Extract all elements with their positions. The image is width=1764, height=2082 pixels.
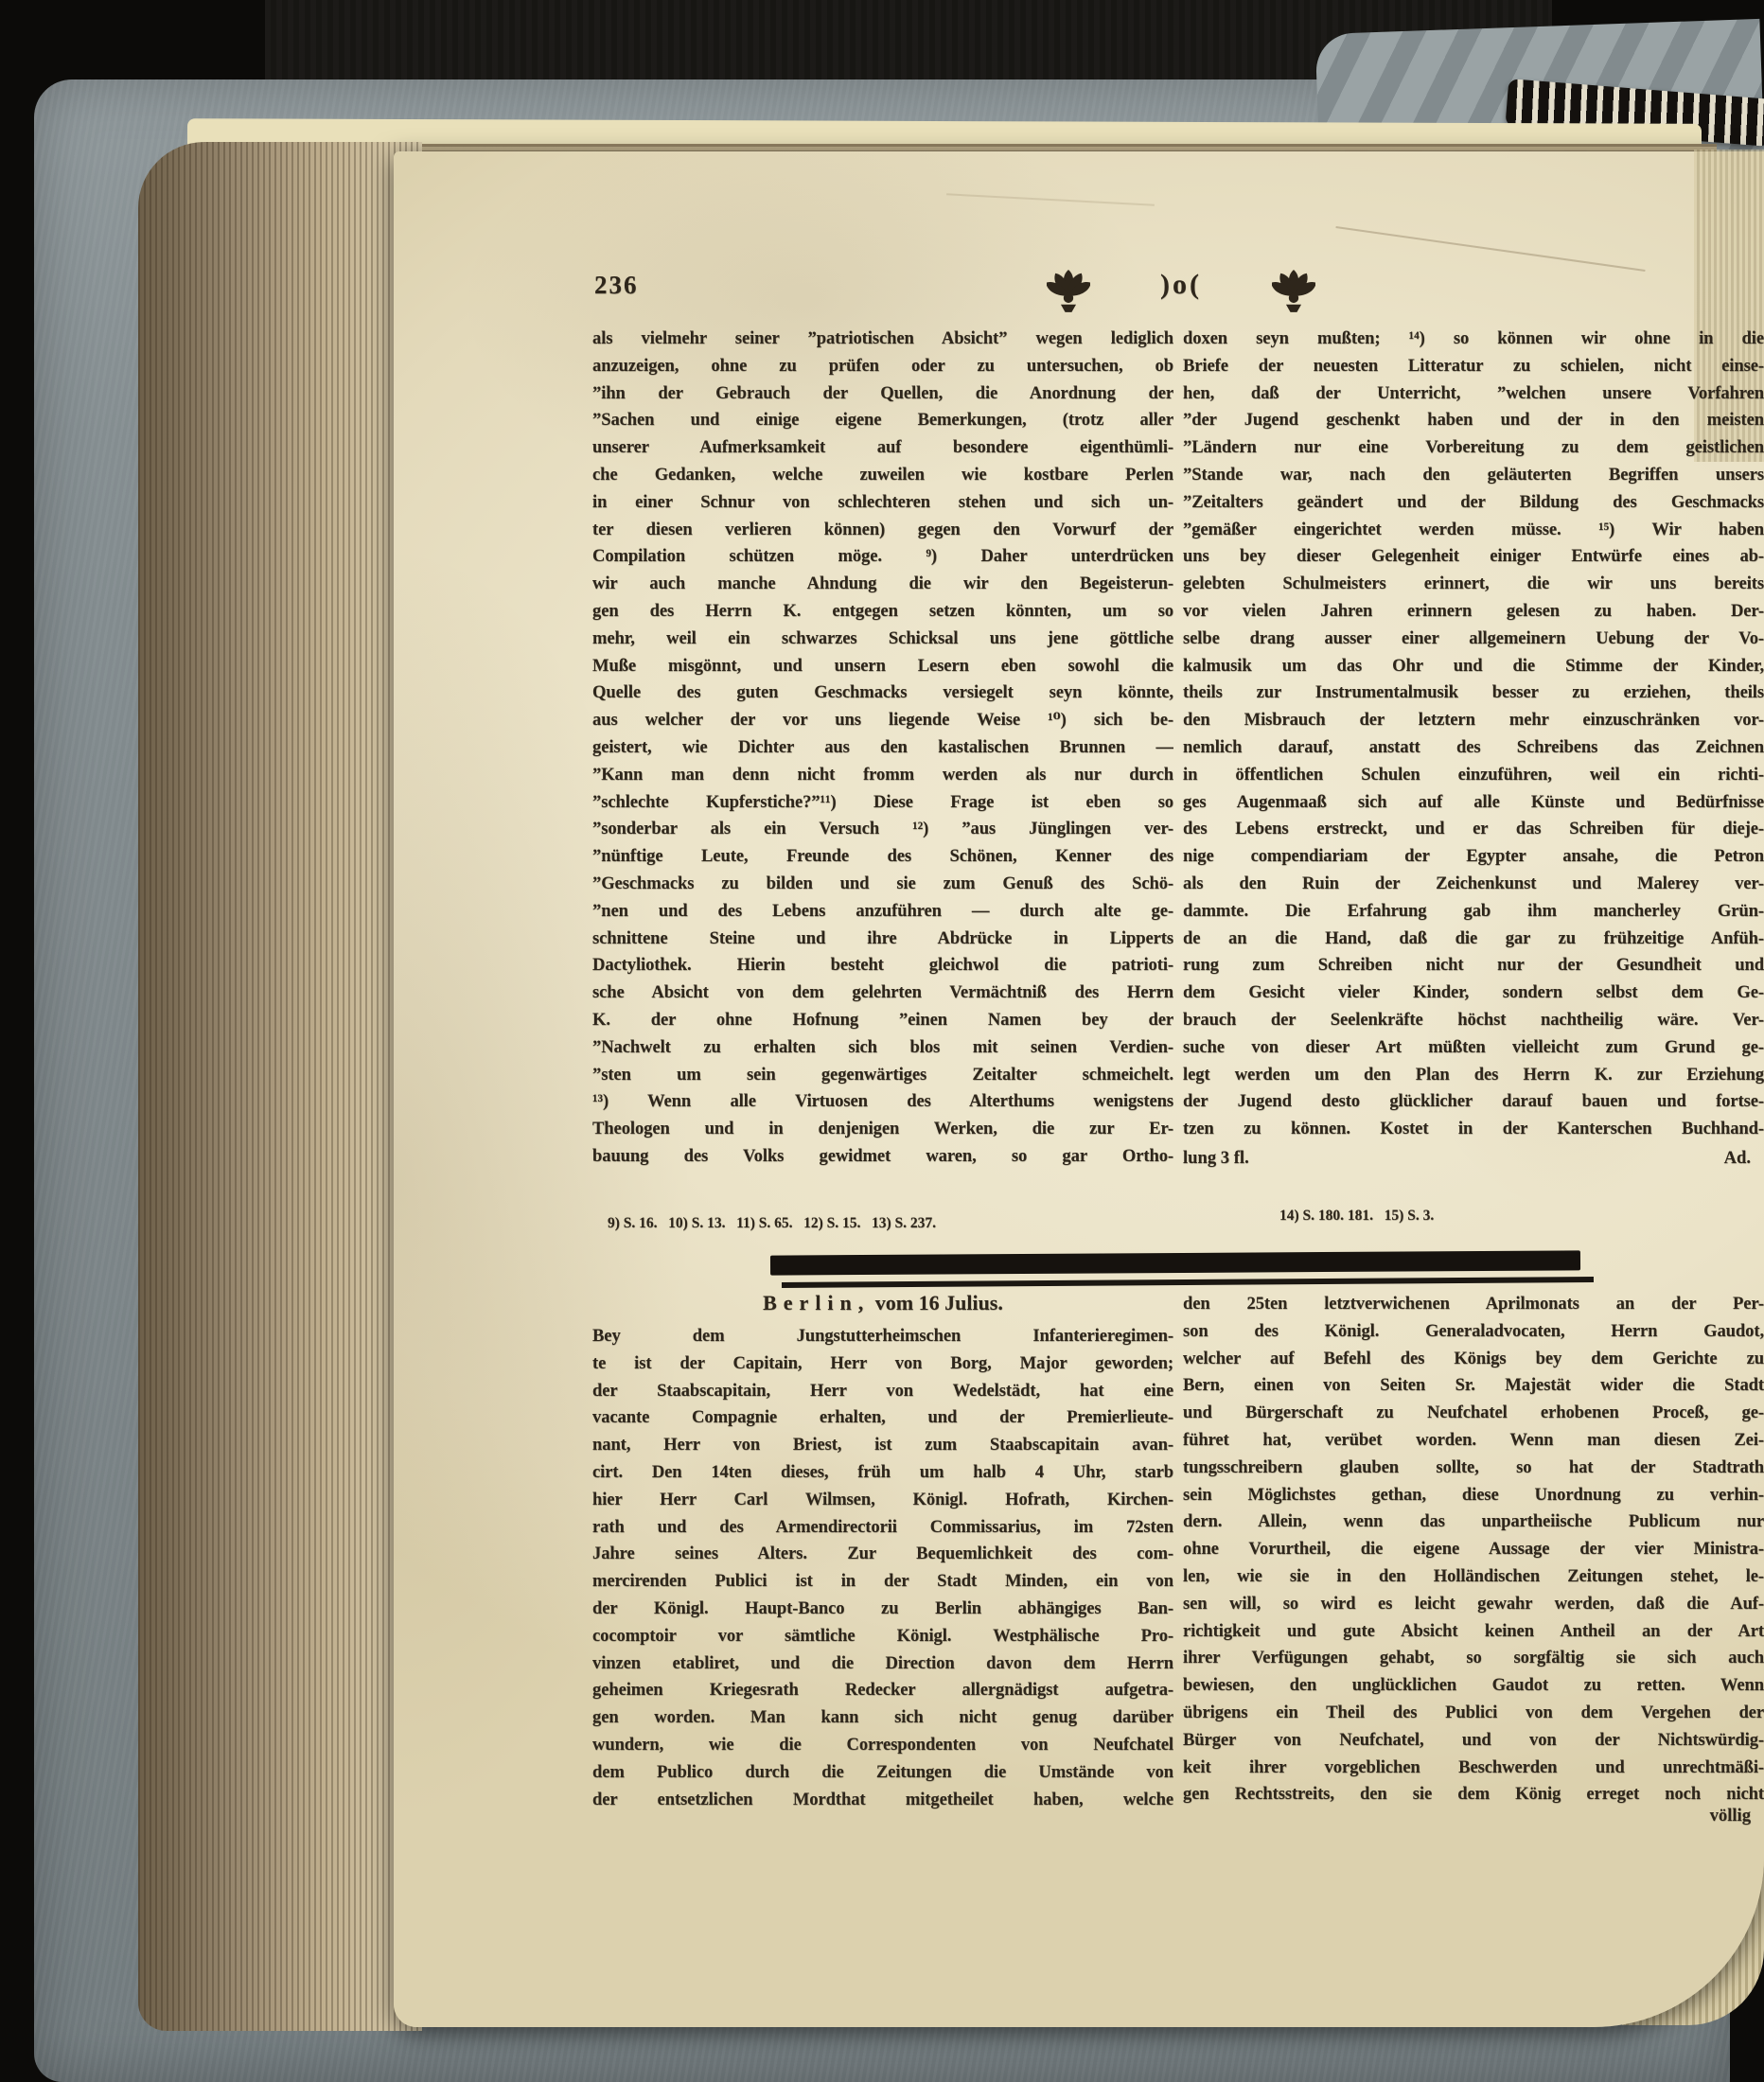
text-line: ”sten um sein gegenwärtiges Zeitalter sc… bbox=[592, 1062, 1173, 1089]
text-line: und Bürgerschaft zu Neufchatel erhobenen… bbox=[1183, 1400, 1764, 1427]
heading-city: Berlin, bbox=[763, 1291, 870, 1314]
text-line: keit ihrer vorgeblichen Beschwerden und … bbox=[1183, 1755, 1764, 1782]
text-line: ”Stande war, nach den geläuterten Begrif… bbox=[1183, 462, 1764, 489]
text-line: len, wie sie in den Holländischen Zeitun… bbox=[1183, 1563, 1764, 1591]
footnote-line-right: 14) S. 180. 181. 15) S. 3. bbox=[1279, 1208, 1715, 1225]
text-line: den Misbrauch der letztern mehr einzusch… bbox=[1183, 707, 1764, 734]
text-line: der Staabscapitain, Herr von Wedelstädt,… bbox=[592, 1378, 1173, 1405]
text-line: Bern, einen von Seiten Sr. Majestät wide… bbox=[1183, 1372, 1764, 1400]
text-line: ”Geschmacks zu bilden und sie zum Genuß … bbox=[592, 871, 1173, 898]
text-line: dern. Allein, wenn das unpartheiische Pu… bbox=[1183, 1509, 1764, 1536]
book-photo: { "photo": { "background_color": "#0c0b0… bbox=[0, 0, 1764, 2082]
text-column-right: doxen seyn mußten; ¹⁴) so können wir ohn… bbox=[1183, 326, 1764, 1143]
text-line: unserer Aufmerksamkeit auf besondere eig… bbox=[592, 434, 1173, 462]
text-line: geistert, wie Dichter aus den kastalisch… bbox=[592, 734, 1173, 762]
text-line: gen des Herrn K. entgegen setzen könnten… bbox=[592, 598, 1173, 626]
text-line: dammte. Die Erfahrung gab ihm mancherley… bbox=[1183, 898, 1764, 926]
text-line: theils zur Instrumentalmusik besser zu e… bbox=[1183, 679, 1764, 707]
text-line: ”Zeitalters geändert und der Bildung des… bbox=[1183, 489, 1764, 517]
text-line: ”Kann man denn nicht fromm werden als nu… bbox=[592, 762, 1173, 789]
text-line: ”der Jugend geschenkt haben und der in d… bbox=[1183, 407, 1764, 434]
text-line: welcher auf Befehl des Königs bey dem Ge… bbox=[1183, 1346, 1764, 1373]
text-column-left-berlin: Bey dem Jungstutterheimschen Infanterier… bbox=[592, 1323, 1173, 1813]
catchword: völlig bbox=[1183, 1806, 1764, 1826]
page-edges-left-stack bbox=[138, 142, 422, 2031]
text-line: Jahre seines Alters. Zur Bequemlichkeit … bbox=[592, 1541, 1173, 1568]
text-line: führet hat, verübet worden. Wenn man die… bbox=[1183, 1427, 1764, 1455]
text-line: nige compendiariam der Egypter ansahe, d… bbox=[1183, 843, 1764, 871]
tail-text: lung 3 fl. bbox=[1183, 1145, 1249, 1173]
text-line: der entsetzlichen Mordthat mitgetheilet … bbox=[592, 1787, 1173, 1814]
text-line: ”nen und des Lebens anzuführen — durch a… bbox=[592, 898, 1173, 926]
text-line: de an die Hand, daß die gar zu frühzeiti… bbox=[1183, 926, 1764, 953]
text-line: che Gedanken, welche zuweilen wie kostba… bbox=[592, 462, 1173, 489]
text-line: wir auch manche Ahndung die wir den Bege… bbox=[592, 571, 1173, 598]
text-line: als vielmehr seiner ”patriotischen Absic… bbox=[592, 326, 1173, 353]
text-line: mehr, weil ein schwarzes Schicksal uns j… bbox=[592, 626, 1173, 653]
text-line: Quelle des guten Geschmacks versiegelt s… bbox=[592, 679, 1173, 707]
text-line: Muße misgönnt, und unsern Lesern eben so… bbox=[592, 653, 1173, 680]
heading-date: vom 16 Julius. bbox=[870, 1291, 1003, 1314]
text-line: ”Ländern nur eine Vorbereitung zu dem ge… bbox=[1183, 434, 1764, 462]
page-number: 236 bbox=[594, 271, 639, 300]
text-line: ”nünftige Leute, Freunde des Schönen, Ke… bbox=[592, 843, 1173, 871]
text-line: tzen zu können. Kostet in der Kantersche… bbox=[1183, 1116, 1764, 1143]
shell-ornament-icon bbox=[1272, 267, 1315, 316]
text-line: aus welcher der vor uns liegende Weise ¹… bbox=[592, 707, 1173, 734]
text-line: nemlich darauf, anstatt des Schreibens d… bbox=[1183, 734, 1764, 762]
column-tail-line: lung 3 fl. Ad. bbox=[1183, 1145, 1751, 1173]
text-line: suche von dieser Art müßten vielleicht z… bbox=[1183, 1034, 1764, 1062]
text-line: bauung des Volks gewidmet waren, so gar … bbox=[592, 1143, 1173, 1171]
text-line: dem Gesicht vieler Kinder, sondern selbs… bbox=[1183, 979, 1764, 1007]
text-line: in öffentlichen Schulen einzuführen, wei… bbox=[1183, 762, 1764, 789]
text-line: brauch der Seelenkräfte höchst nachtheil… bbox=[1183, 1007, 1764, 1034]
text-line: Briefe der neuesten Litteratur zu schiel… bbox=[1183, 353, 1764, 380]
text-line: cocomptoir vor sämtliche Königl. Westphä… bbox=[592, 1623, 1173, 1650]
text-line: gelebten Schulmeisters erinnert, die wir… bbox=[1183, 571, 1764, 598]
text-column-right-berlin: den 25ten letztverwichenen Aprilmonats a… bbox=[1183, 1291, 1764, 1809]
text-line: uns bey dieser Gelegenheit einiger Entwü… bbox=[1183, 543, 1764, 571]
text-line: selbe drang ausser einer allgemeinern Ue… bbox=[1183, 626, 1764, 653]
section-heading: Berlin, vom 16 Julius. bbox=[592, 1291, 1173, 1315]
text-line: cirt. Den 14ten dieses, früh um halb 4 U… bbox=[592, 1459, 1173, 1487]
text-line: ”gemäßer eingerichtet werden müsse. ¹⁵) … bbox=[1183, 517, 1764, 544]
text-line: Compilation schützen möge. ⁹) Daher unte… bbox=[592, 543, 1173, 571]
text-line: ”Sachen und einige eigene Bemerkungen, (… bbox=[592, 407, 1173, 434]
text-line: sen will, so wird es leicht gewahr werde… bbox=[1183, 1591, 1764, 1618]
text-line: als den Ruin der Zeichenkunst und Malere… bbox=[1183, 871, 1764, 898]
text-line: in einer Schnur von schlechteren stehen … bbox=[592, 489, 1173, 517]
text-line: Bey dem Jungstutterheimschen Infanterier… bbox=[592, 1323, 1173, 1350]
text-line: gen worden. Man kann sich nicht genug da… bbox=[592, 1704, 1173, 1732]
text-line: ¹³) Wenn alle Virtuosen des Alterthums w… bbox=[592, 1088, 1173, 1116]
text-line: ”schlechte Kupferstiche?”¹¹) Diese Frage… bbox=[592, 789, 1173, 817]
text-line: mercirenden Publici ist in der Stadt Min… bbox=[592, 1568, 1173, 1596]
text-line: wundern, wie die Correspondenten von Neu… bbox=[592, 1732, 1173, 1759]
text-line: doxen seyn mußten; ¹⁴) so können wir ohn… bbox=[1183, 326, 1764, 353]
column-separator-mark: )o( bbox=[1160, 269, 1202, 301]
text-line: sche Absicht von dem gelehrten Vermächtn… bbox=[592, 979, 1173, 1007]
text-line: rung zum Schreiben nicht nur der Gesundh… bbox=[1183, 952, 1764, 979]
text-line: legt werden um den Plan des Herrn K. zur… bbox=[1183, 1062, 1764, 1089]
shell-ornament-icon bbox=[1047, 267, 1090, 316]
text-line: geheimen Kriegesrath Redecker allergnädi… bbox=[592, 1677, 1173, 1704]
text-line: richtigkeit und gute Absicht keinen Anth… bbox=[1183, 1618, 1764, 1646]
text-line: den 25ten letztverwichenen Aprilmonats a… bbox=[1183, 1291, 1764, 1318]
text-line: ”sonderbar als ein Versuch ¹²) ”aus Jüng… bbox=[592, 816, 1173, 843]
text-line: schnittene Steine und ihre Abdrücke in L… bbox=[592, 926, 1173, 953]
text-line: rath und des Armendirectorii Commissariu… bbox=[592, 1514, 1173, 1542]
text-line: anzuzeigen, ohne zu prüfen oder zu unter… bbox=[592, 353, 1173, 380]
text-line: sein Möglichstes gethan, diese Unordnung… bbox=[1183, 1482, 1764, 1509]
text-line: K. der ohne Hofnung ”einen Namen bey der bbox=[592, 1007, 1173, 1034]
signature-mark: Ad. bbox=[1724, 1145, 1751, 1173]
text-line: bewiesen, den unglücklichen Gaudot zu re… bbox=[1183, 1672, 1764, 1700]
text-line: te ist der Capitain, Herr von Borg, Majo… bbox=[592, 1350, 1173, 1378]
text-line: hen, daß der Unterricht, ”welchen unsere… bbox=[1183, 380, 1764, 408]
text-line: ges Augenmaaß sich auf alle Künste und B… bbox=[1183, 789, 1764, 817]
text-line: der Jugend desto glücklicher darauf baue… bbox=[1183, 1088, 1764, 1116]
text-line: vacante Compagnie erhalten, und der Prem… bbox=[592, 1404, 1173, 1432]
text-column-left: als vielmehr seiner ”patriotischen Absic… bbox=[592, 326, 1173, 1171]
text-line: vor vielen Jahren erinnern gelesen zu ha… bbox=[1183, 598, 1764, 626]
text-line: ”ihn der Gebrauch der Quellen, die Anord… bbox=[592, 380, 1173, 408]
footnote-line-left: 9) S. 16. 10) S. 13. 11) S. 65. 12) S. 1… bbox=[608, 1215, 1175, 1232]
text-line: son des Königl. Generaladvocaten, Herrn … bbox=[1183, 1318, 1764, 1346]
text-line: vinzen etabliret, und die Direction davo… bbox=[592, 1650, 1173, 1678]
text-line: hier Herr Carl Wilmsen, Königl. Hofrath,… bbox=[592, 1487, 1173, 1514]
text-line: der Königl. Haupt-Banco zu Berlin abhäng… bbox=[592, 1596, 1173, 1623]
text-line: ter diesen verlieren können) gegen den V… bbox=[592, 517, 1173, 544]
text-line: Bürger von Neufchatel, und von der Nicht… bbox=[1183, 1727, 1764, 1755]
text-line: gen Rechtsstreits, den sie dem König err… bbox=[1183, 1781, 1764, 1809]
text-line: des Lebens erstreckt, und er das Schreib… bbox=[1183, 816, 1764, 843]
text-line: dem Publico durch die Zeitungen die Umst… bbox=[592, 1759, 1173, 1787]
text-line: tungsschreibern glauben sollte, so hat d… bbox=[1183, 1455, 1764, 1482]
text-line: nant, Herr von Briest, ist zum Staabscap… bbox=[592, 1432, 1173, 1459]
text-line: übrigens ein Theil des Publici von dem V… bbox=[1183, 1700, 1764, 1727]
text-line: ”Nachwelt zu erhalten sich blos mit sein… bbox=[592, 1034, 1173, 1062]
text-line: ihrer Verfügungen gehabt, so sorgfältig … bbox=[1183, 1645, 1764, 1672]
text-line: Dactyliothek. Hierin besteht gleichwol d… bbox=[592, 952, 1173, 979]
text-line: Theologen und in denjenigen Werken, die … bbox=[592, 1116, 1173, 1143]
text-line: ohne Vorurtheil, die eigene Aussage der … bbox=[1183, 1536, 1764, 1563]
text-line: kalmusik um das Ohr und die Stimme der K… bbox=[1183, 653, 1764, 680]
